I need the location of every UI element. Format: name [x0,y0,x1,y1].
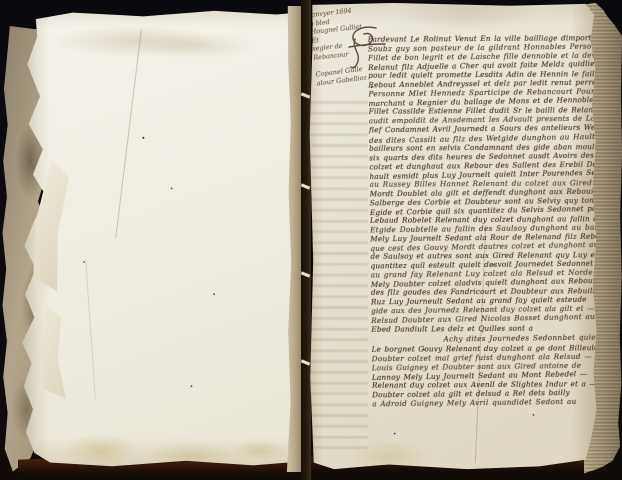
manuscript-text-line: a Adroid Guigney Mely Avril quandidet Se… [372,396,597,408]
gutter-shadow [301,0,311,480]
right-manuscript-page: Janvyer 1694à bledHougnel GullietEtsegle… [308,3,597,471]
ink-show-through [308,101,368,449]
manuscript-centered-line: Achy dites Journedes Sedonnbet quielque … [443,332,597,343]
paper-crease [85,259,96,399]
paper-specks [16,9,299,469]
paper-crease [115,30,142,239]
left-blank-page [16,9,299,469]
manuscript-text-block: Pardevant Le Rolinut Venut En la ville b… [368,33,597,409]
manuscript-paragraph-1: Pardevant Le Rolinut Venut En la ville b… [368,33,597,334]
manuscript-paragraph-2: Le borgnet Gouvy Relenant duy colzet a g… [372,342,597,408]
manuscript-scan: Janvyer 1694à bledHougnel GullietEtsegle… [0,0,622,480]
